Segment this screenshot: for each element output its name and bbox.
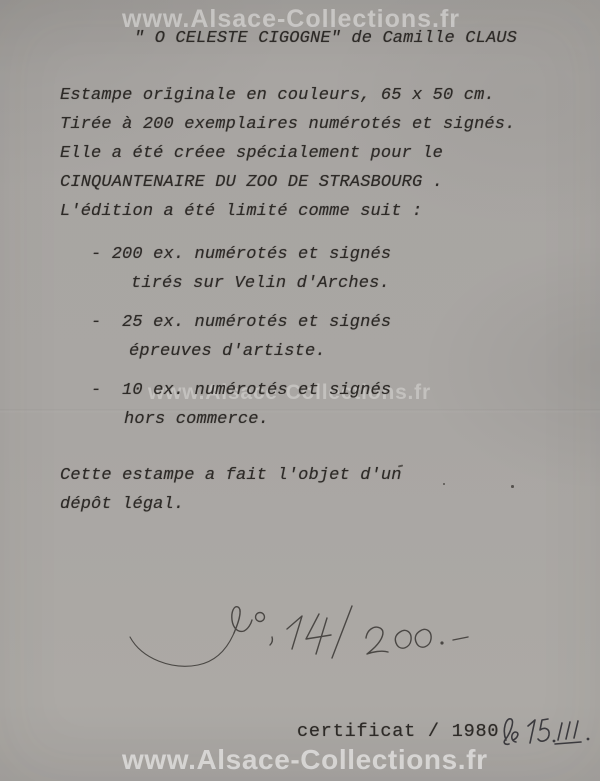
edition-item-qty: - 200 ex. numérotés et signés: [91, 245, 391, 264]
edition-item-detail: tirés sur Velin d'Arches.: [131, 274, 390, 293]
paper-fold-line: [0, 409, 600, 413]
body-line: Tirée à 200 exemplaires numérotés et sig…: [60, 115, 515, 134]
body-line: Estampe originale en couleurs, 65 x 50 c…: [60, 86, 495, 105]
paper-speck: [167, 87, 169, 89]
edition-item-detail: épreuves d'artiste.: [129, 342, 326, 361]
body-line: L'édition a été limité comme suit :: [60, 202, 422, 221]
handwritten-date: [500, 710, 598, 752]
edition-item-qty: - 25 ex. numérotés et signés: [91, 313, 391, 332]
watermark-bottom: www.Alsace-Collections.fr: [122, 744, 488, 776]
handwritten-edition-number: [120, 585, 480, 695]
document-title: " O CELESTE CIGOGNE" de Camille CLAUS: [134, 29, 517, 48]
closing-line: Cette estampe a fait l'objet d'un: [60, 466, 402, 485]
paper-speck: [443, 483, 445, 485]
closing-line: dépôt légal.: [60, 495, 184, 514]
certificate-page: www.Alsace-Collections.fr www.Alsace-Col…: [0, 0, 600, 781]
edition-item-detail: hors commerce.: [124, 410, 269, 429]
paper-speck: [511, 485, 514, 488]
edition-item-qty: - 10 ex. numérotés et signés: [91, 381, 391, 400]
certificate-footer: certificat / 1980: [297, 721, 499, 742]
body-line: CINQUANTENAIRE DU ZOO DE STRASBOURG .: [60, 173, 443, 192]
body-line: Elle a été créee spécialement pour le: [60, 144, 443, 163]
